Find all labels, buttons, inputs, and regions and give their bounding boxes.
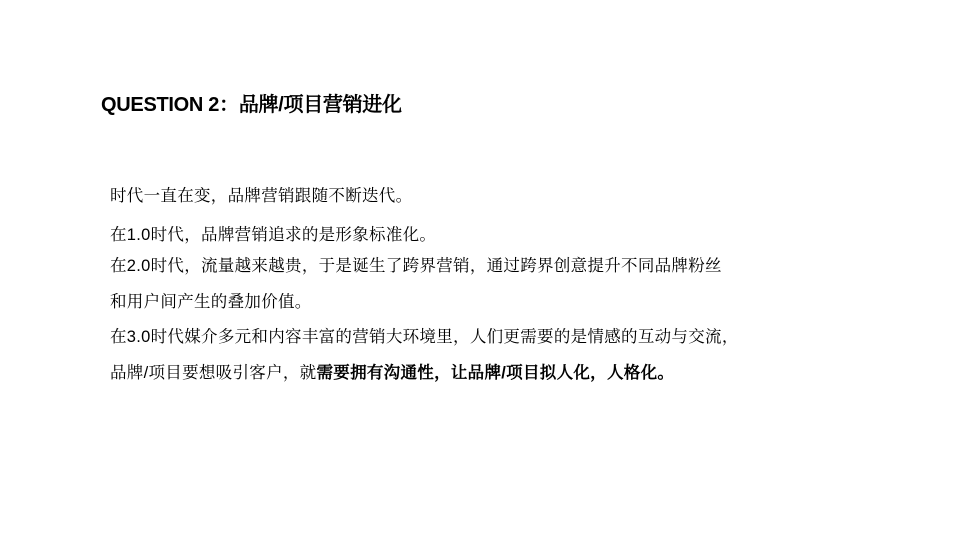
paragraph-line: 在3.0时代媒介多元和内容丰富的营销大环境里，人们更需要的是情感的互动与交流， [110, 323, 739, 347]
paragraph-line: 时代一直在变，品牌营销跟随不断迭代。 [110, 182, 412, 206]
emphasis-text: 需要拥有沟通性，让品牌/项目拟人化，人格化。 [316, 364, 674, 382]
paragraph-line-last: 品牌/项目要想吸引客户，就需要拥有沟通性，让品牌/项目拟人化，人格化。 [110, 359, 674, 383]
paragraph-line: 在2.0时代，流量越来越贵，于是诞生了跨界营销，通过跨界创意提升不同品牌粉丝 [110, 252, 722, 276]
paragraph-line: 在1.0时代，品牌营销追求的是形象标准化。 [110, 221, 436, 245]
paragraph-line: 和用户间产生的叠加价值。 [110, 288, 312, 312]
slide-title: QUESTION 2：品牌/项目营销进化 [101, 88, 402, 117]
normal-text: 品牌/项目要想吸引客户，就 [110, 364, 316, 382]
